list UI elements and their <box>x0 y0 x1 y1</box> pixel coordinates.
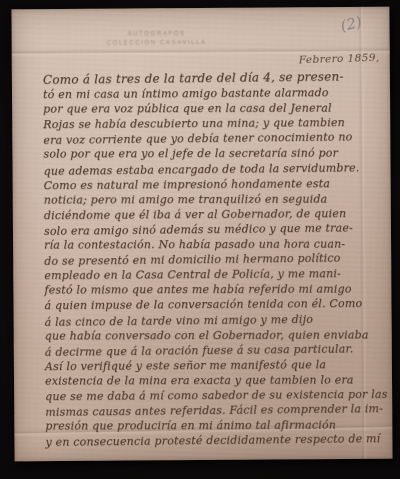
letter-line: existencia de la mina era exacta y que t… <box>45 372 381 388</box>
stamp-line-2: Colección Casavilla <box>82 39 232 49</box>
letter-line: Como es natural me impresionó hondamente… <box>44 175 380 192</box>
letter-date: Febrero 1859, <box>299 52 380 67</box>
letter-body: Como á las tres de la tarde del día 4, s… <box>43 70 382 450</box>
collection-stamp: Autógrafos Colección Casavilla <box>82 30 232 49</box>
letter-line: Así lo verifiqué y este señor me manifes… <box>45 357 381 374</box>
letter-page: Autógrafos Colección Casavilla (2) Febre… <box>11 7 392 462</box>
letter-line: por que era voz pública que en la casa d… <box>43 101 379 117</box>
letter-line: noticia; pero mi amigo me tranquilizó en… <box>44 191 380 207</box>
letter-line: y en consecuencia protesté decididamente… <box>45 431 381 450</box>
letter-line: festó lo mismo que antes me había referi… <box>44 282 380 298</box>
pencil-page-number: (2) <box>339 13 364 35</box>
